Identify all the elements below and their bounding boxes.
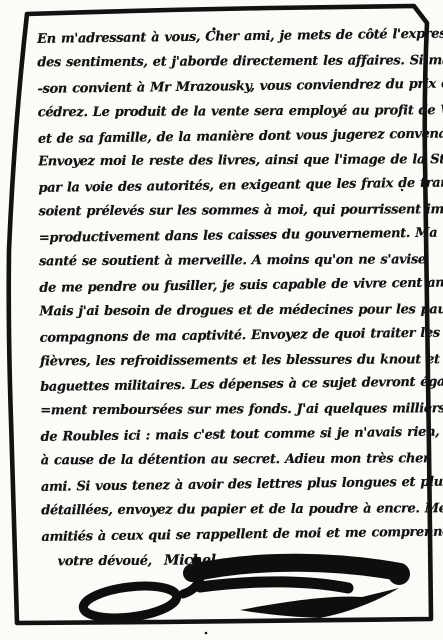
letter-line: détaillées, envoyez du papier et de la p… [41, 497, 437, 524]
signature-line: votre dévoué, Michel [42, 547, 438, 574]
letter-line: compagnons de ma captivité. Envoyez de q… [40, 321, 436, 351]
letter-line: santé se soutient à merveille. A moins q… [39, 248, 435, 275]
letter-line: ami. Si vous tenez à avoir des lettres p… [41, 471, 437, 501]
letter-line: cédrez. Le produit de la vente sera empl… [38, 99, 434, 126]
letter-line: à cause de la détention au secret. Adieu… [41, 447, 437, 474]
closing-text: votre dévoué, [58, 553, 152, 568]
letter-line: de me pendre ou fusiller, je suis capabl… [39, 272, 435, 302]
letter-line: En m'adressant à vous, Cher ami, je mets… [37, 23, 433, 53]
letter-line: =productivement dans les caisses du gouv… [39, 222, 435, 252]
letter-line: Mais j'ai besoin de drogues et de médeci… [39, 298, 435, 325]
handwritten-letter-scan: En m'adressant à vous, Cher ami, je mets… [0, 0, 443, 640]
letter-line: des sentiments, et j'aborde directement … [37, 49, 433, 76]
ink-speck [205, 632, 208, 635]
letter-line: amitiés à ceux qui se rappellent de moi … [41, 520, 437, 550]
letter-line: soient prélevés sur les sommes à moi, qu… [39, 198, 435, 225]
signature-name: Michel [164, 552, 216, 568]
letter-line: -son convient à Mr Mrazousky, vous convi… [37, 72, 433, 102]
letter-body: En m'adressant à vous, Cher ami, je mets… [37, 24, 438, 575]
letter-line: de Roubles ici : mais c'est tout comme s… [40, 421, 436, 451]
